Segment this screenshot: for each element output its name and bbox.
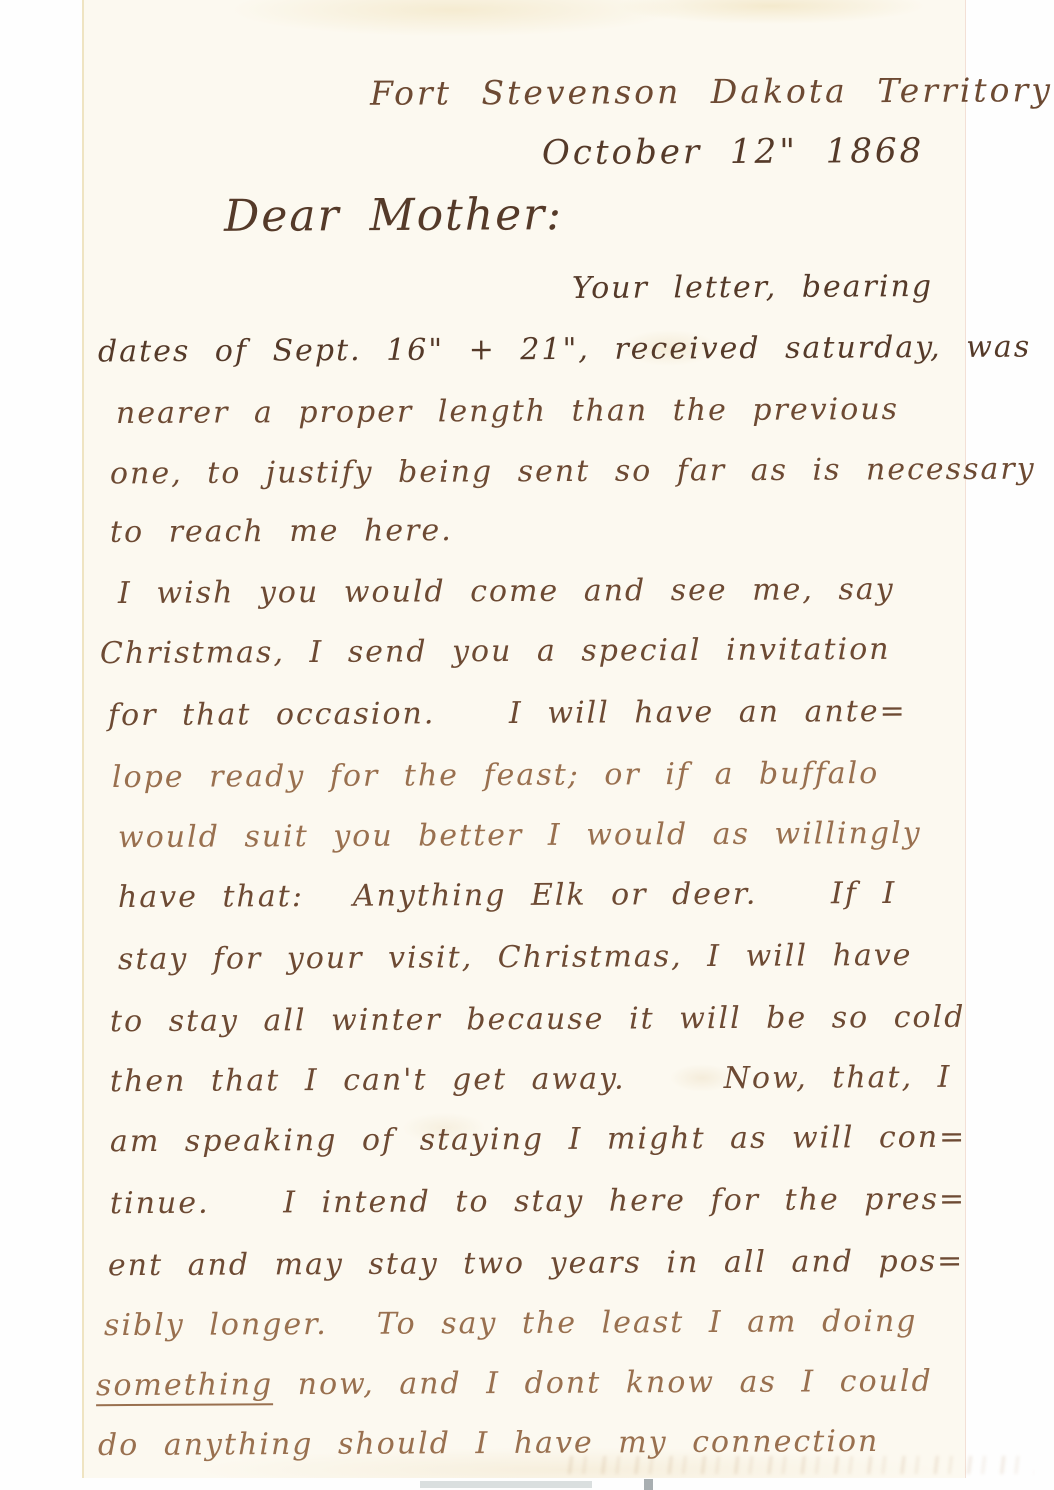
letter-line: Christmas, I send you a special invitati… — [100, 632, 891, 671]
letter-line: tinue. I intend to stay here for the pre… — [110, 1182, 966, 1221]
letter-line: stay for your visit, Christmas, I will h… — [118, 938, 913, 977]
letter-line: to reach me here. — [110, 513, 453, 550]
underlined-word: something — [96, 1367, 273, 1406]
letter-line: for that occasion. I will have an ante= — [108, 694, 907, 733]
letter-line: then that I can't get away. Now, that, I — [110, 1060, 952, 1099]
scan-edge-artifact-tick — [644, 1479, 653, 1490]
letter-line: lope ready for the feast; or if a buffal… — [112, 756, 879, 795]
bleed-through-ghost — [554, 1456, 1034, 1474]
letter-line: something now, and I dont know as I coul… — [96, 1364, 933, 1403]
letter-heading-date: October 12" 1868 — [542, 131, 924, 173]
letter-line: ent and may stay two years in all and po… — [108, 1244, 964, 1283]
letter-line: Your letter, bearing — [572, 269, 933, 306]
letter-line: would suit you better I would as willing… — [118, 816, 922, 855]
letter-line: sibly longer. To say the least I am doin… — [104, 1304, 918, 1343]
letter-salutation: Dear Mother: — [224, 189, 563, 242]
letter-line: nearer a proper length than the previous — [116, 392, 899, 431]
letter-line: am speaking of staying I might as will c… — [110, 1120, 966, 1159]
scanned-letter-page: Fort Stevenson Dakota Territory October … — [0, 0, 1054, 1490]
letter-line: to stay all winter because it will be so… — [110, 1000, 966, 1039]
letter-paper: Fort Stevenson Dakota Territory October … — [82, 0, 966, 1478]
letter-line: dates of Sept. 16" + 21", received satur… — [98, 330, 1031, 370]
letter-line: I wish you would come and see me, say — [118, 572, 895, 611]
letter-line-rest: now, and I dont know as I could — [273, 1364, 933, 1402]
letter-line: have that: Anything Elk or deer. If I — [118, 876, 896, 915]
letter-heading-place: Fort Stevenson Dakota Territory — [370, 70, 1053, 113]
letter-line: one, to justify being sent so far as is … — [110, 452, 1036, 492]
scan-edge-artifact-bar — [420, 1481, 592, 1488]
